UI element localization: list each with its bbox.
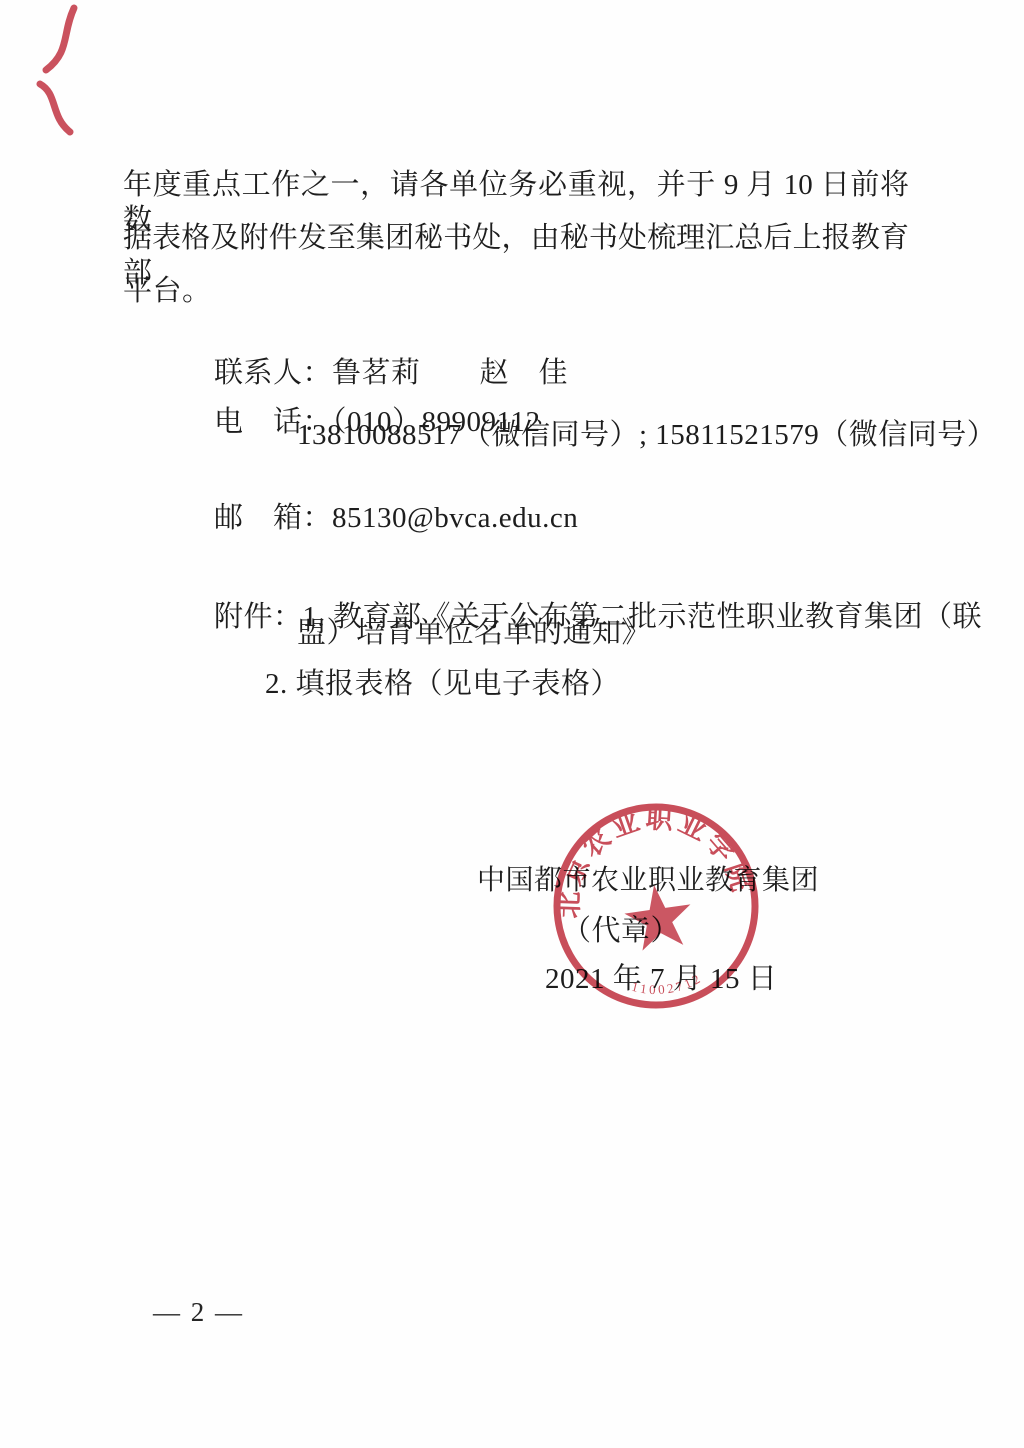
seal-group: 北京农业职业学院 11002712 (540, 789, 772, 1018)
contact-phone-extra: 13810088517（微信同号）; 15811521579（微信同号） (297, 418, 996, 453)
contact-email-label: 邮 箱： (214, 502, 332, 534)
red-ink-stroke (40, 84, 70, 132)
attachments-label: 附件： (214, 601, 303, 633)
contact-email-row: 邮 箱：85130@bvca.edu.cn (183, 466, 578, 570)
body-paragraph-line-2: 据表格及附件发至集团秘书处，由秘书处梳理汇总后上报教育部 (123, 221, 909, 291)
seal-ring-text: 北京农业职业学院 (540, 789, 759, 922)
contact-email-value: 85130@bvca.edu.cn (332, 502, 578, 534)
page-number: — 2 — (153, 1296, 244, 1328)
attachment-item-1-line-2: 盟）培育单位名单的通知》 (297, 616, 651, 651)
attachment-item-2: 2. 填报表格（见电子表格） (265, 667, 620, 702)
official-seal: 北京农业职业学院 11002712 (521, 769, 791, 1039)
body-paragraph-line-3: 平台。 (123, 274, 212, 309)
red-ink-mark (12, 0, 122, 150)
seal-star-icon (621, 880, 696, 952)
document-page: 年度重点工作之一，请各单位务必重视，并于 9 月 10 日前将数 据表格及附件发… (0, 0, 1024, 1448)
red-ink-stroke (46, 8, 74, 70)
